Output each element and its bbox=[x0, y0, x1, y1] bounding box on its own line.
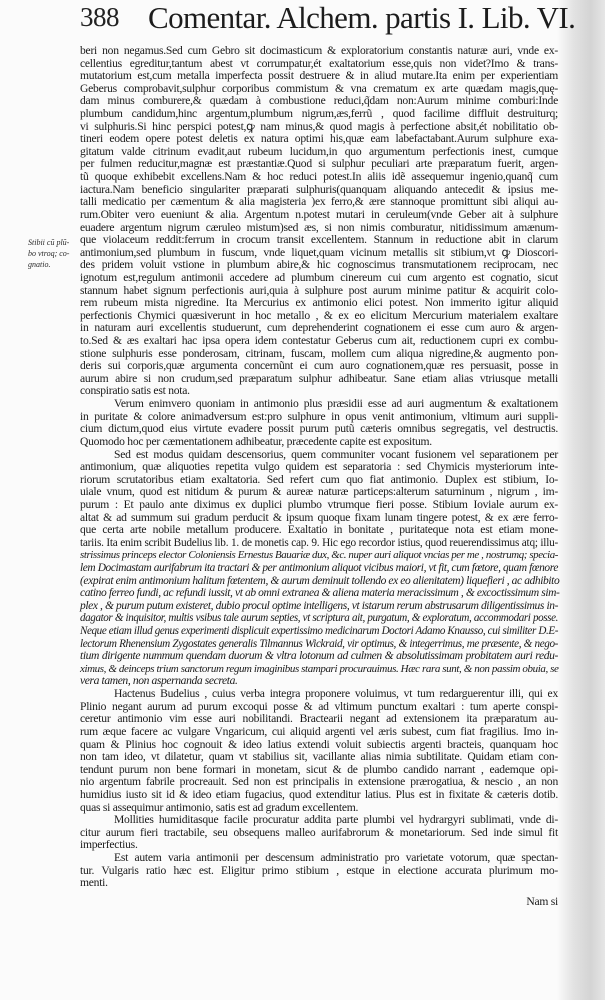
text-line: dagator & inquisitor, multis vsibus tale… bbox=[80, 612, 558, 625]
running-title: Comentar. Alchem. partis I. Lib. VI. bbox=[148, 0, 575, 36]
text-line: menti. bbox=[80, 877, 558, 890]
text-line: plex , & purum putum existeret, dubio pr… bbox=[80, 600, 558, 613]
text-line: citur aurum fieri tractabile, seu obsequ… bbox=[80, 827, 558, 840]
text-line: rem rubeum mista nigredine. Ita Mercuriu… bbox=[80, 297, 558, 310]
catchword: Nam si bbox=[80, 896, 558, 909]
text-line: Quomodo hoc per cæmentationem adhibeatur… bbox=[80, 436, 558, 449]
text-line: to.Sed & æs exaltari hac ipsa opera idem… bbox=[80, 335, 558, 348]
text-line: purum : Et paulo ante diximus ex duplici… bbox=[80, 499, 558, 512]
text-line: mutatorium est,cum metalla imperfecta po… bbox=[80, 70, 558, 83]
text-line: cium dictum,quod eius virtute evadere po… bbox=[80, 423, 558, 436]
text-line: tariis. Ita enim scribit Budelius lib. 1… bbox=[80, 537, 558, 550]
margin-note-line: Stibii cũ plũ- bbox=[28, 237, 80, 248]
text-line: rum.Obiter vero eueniunt & alia. Argentu… bbox=[80, 209, 558, 222]
text-line: humidius iusto sit id & ideo etiam fugac… bbox=[80, 789, 558, 802]
margin-note: Stibii cũ plũ- bo vtroq; co- gnatio. bbox=[28, 237, 80, 270]
text-line: Verum enimvero quoniam in antimonio plus… bbox=[80, 398, 558, 411]
page-number: 388 bbox=[80, 2, 119, 33]
text-line: tur. Vulgaris ratio hæc est. Eligitur pr… bbox=[80, 865, 558, 878]
margin-note-line: gnatio. bbox=[28, 259, 80, 270]
text-line: rum æque facere ac vulgare Vngaricum, cu… bbox=[80, 726, 558, 739]
text-line: ceretur antimonio vim esse auri nobilita… bbox=[80, 713, 558, 726]
text-line: non tam ideo, vt dilatetur, quam vt stab… bbox=[80, 751, 558, 764]
text-line: que violaceum reddit:ferrum in crocum tr… bbox=[80, 234, 558, 247]
text-line: lem Docimastam aurifabrum ita tractari &… bbox=[80, 562, 558, 575]
text-line: Neque etiam illud genus experimenti disp… bbox=[80, 625, 558, 638]
text-line: tium dirigente nummum quendam duorum & v… bbox=[80, 650, 558, 663]
text-line: Est autem varia antimonii per descensum … bbox=[80, 852, 558, 865]
text-line: tineri eodem opere potest deletis ex nat… bbox=[80, 133, 558, 146]
text-line: tũ quoque exhibebit excellens.Nam & hoc … bbox=[80, 171, 558, 184]
text-line: Mollities humiditasque facile procuratur… bbox=[80, 814, 558, 827]
text-line: beri non negamus.Sed cum Gebro sit docim… bbox=[80, 45, 558, 58]
margin-note-line: bo vtroq; co- bbox=[28, 248, 80, 259]
text-line: ignotum est,regulum antimonii accedere a… bbox=[80, 272, 558, 285]
text-line: plumbum candidum,hinc argentum,plumbum n… bbox=[80, 108, 558, 121]
body-text: beri non negamus.Sed cum Gebro sit docim… bbox=[80, 45, 558, 908]
text-line: antimonium, quæ aliquoties repetita vulg… bbox=[80, 461, 558, 474]
text-line: que certa arte nobile metallum producere… bbox=[80, 524, 558, 537]
text-line: catino ferreo fundi, ac refundi iussit, … bbox=[80, 587, 558, 600]
page-edge-shadow bbox=[557, 0, 605, 1000]
text-line: Hactenus Budelius , cuius verba integra … bbox=[80, 688, 558, 701]
text-line: (expirat enim antimonium halitum fœtente… bbox=[80, 575, 558, 588]
text-line: strissimus princeps elector Coloniensis … bbox=[80, 549, 558, 562]
text-line: deris sui corporis,quæ argumenta concern… bbox=[80, 360, 558, 373]
